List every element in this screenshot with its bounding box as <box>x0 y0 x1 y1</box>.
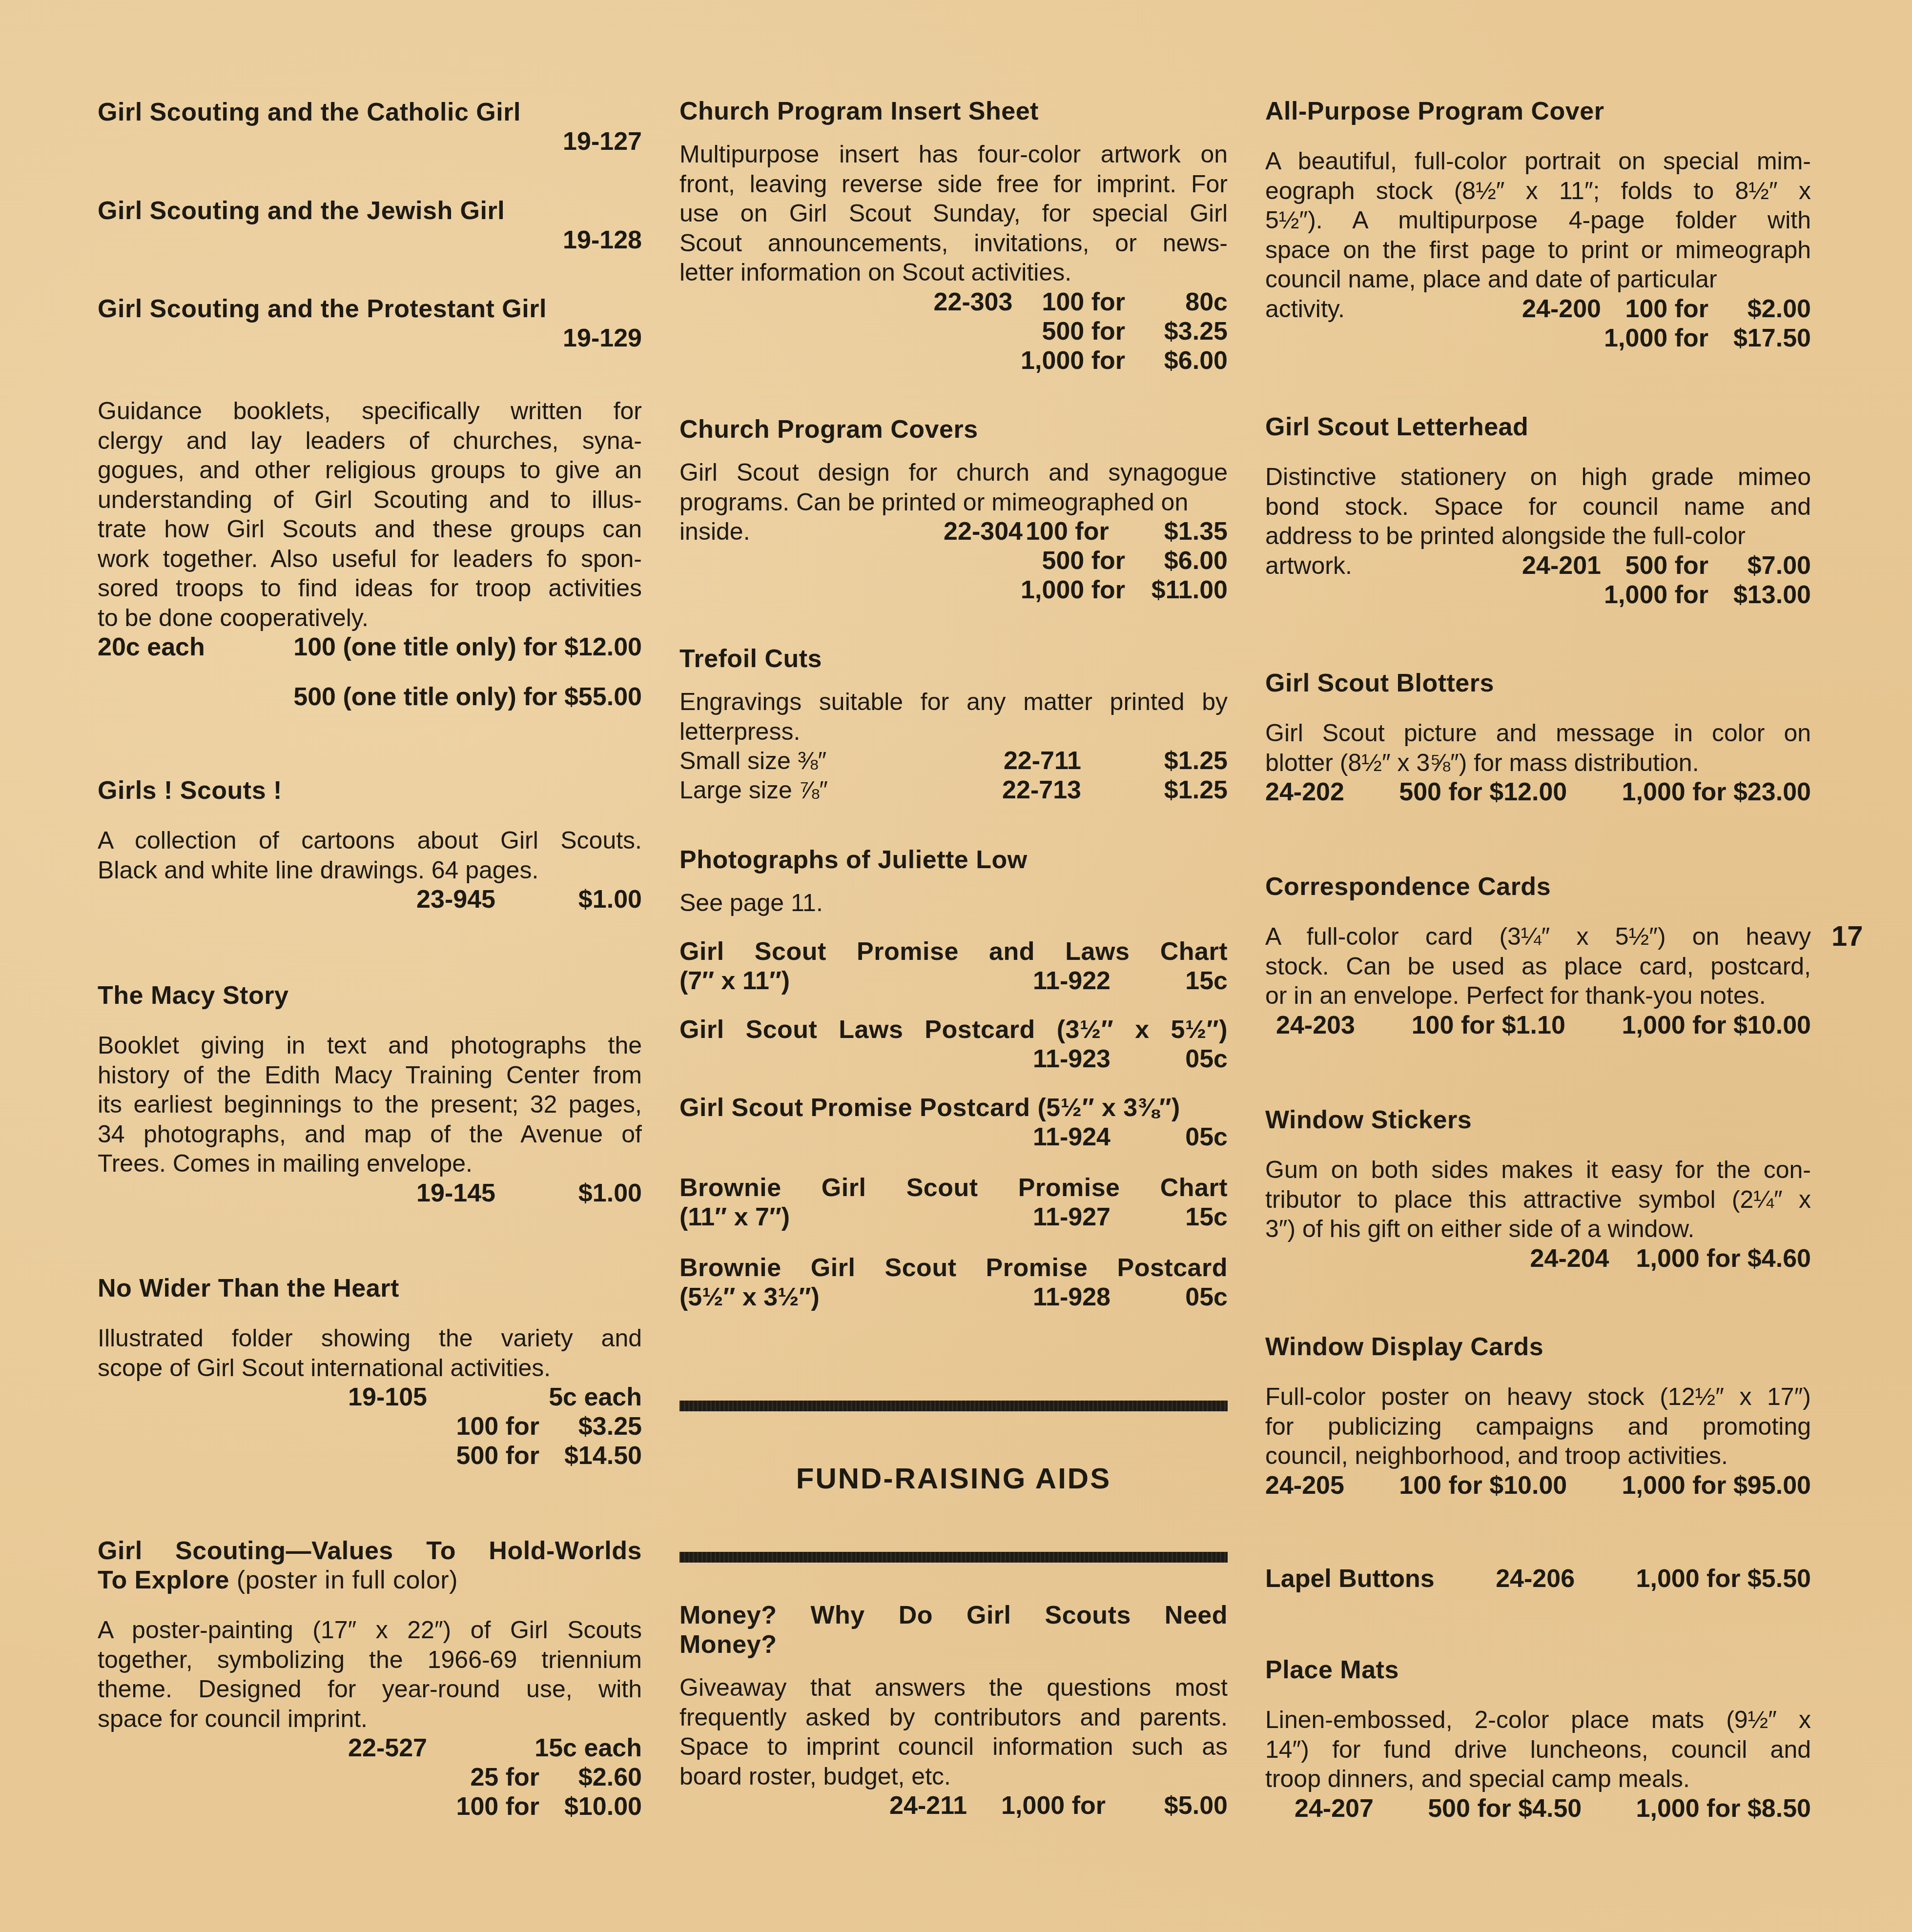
price-tier: 1,000 for$11.00 <box>679 575 1228 605</box>
divider-top <box>679 1401 1228 1411</box>
item-description: Illustrated folder showing the variety a… <box>98 1323 642 1383</box>
item-description: A full-color card (3¼″ x 5½″) on heavyst… <box>1265 922 1811 1011</box>
chart-item: Brownie Girl Scout Promise Chart(11″ x 7… <box>679 1173 1228 1232</box>
text-line: its earliest beginnings to the present; … <box>98 1090 642 1119</box>
text-line: gogues, and other religious groups to gi… <box>98 455 642 485</box>
tier-price: $14.50 <box>539 1441 642 1470</box>
item-price-row: (5½″ x 3½″)11-92805c <box>679 1282 1228 1312</box>
item-price-row: 24-211 1,000 for $5.00 <box>679 1791 1228 1820</box>
text-line: tributor to place this attractive symbol… <box>1265 1185 1811 1215</box>
item-price: $5.00 <box>1106 1791 1228 1820</box>
price-tiers: 100 for$3.25500 for$14.50 <box>98 1412 642 1470</box>
text-line: troop dinners, and special camp meals. <box>1265 1764 1811 1794</box>
tier-price: $6.00 <box>1125 546 1228 575</box>
item-description: A collection of cartoons about Girl Scou… <box>98 826 642 885</box>
item-price-row: 24-207 500 for $4.50 1,000 for $8.50 <box>1265 1794 1811 1823</box>
chart-item: Girl Scout Promise and Laws Chart(7″ x 1… <box>679 937 1228 996</box>
guidance-price-row: 20c each 100 (one title only) for $12.00 <box>98 632 642 662</box>
charts-list: Girl Scout Promise and Laws Chart(7″ x 1… <box>679 937 1228 1312</box>
item-price: 15c <box>1110 966 1228 996</box>
item-trefoil-cuts: Trefoil Cuts Engravings suitable for any… <box>679 644 1228 805</box>
tier-qty: 500 for <box>1042 317 1125 346</box>
guidance-description: Guidance booklets, specifically written … <box>98 396 642 632</box>
item-code: 24-205 <box>1265 1471 1344 1500</box>
text-line: Scout announcements, invitations, or new… <box>679 228 1228 258</box>
text-line: space on the first page to print or mime… <box>1265 235 1811 265</box>
price-tier: 500 for$6.00 <box>679 546 1228 575</box>
item-code: 22-711 <box>1004 746 1081 775</box>
item-title: The Macy Story <box>98 981 642 1010</box>
tier-price: $6.00 <box>1125 346 1228 375</box>
catalog-page: Girl Scouting and the Catholic Girl 19-1… <box>0 0 1912 1932</box>
item-price: 500 for$7.00 <box>1601 551 1811 580</box>
item-place-mats: Place Mats Linen-embossed, 2-color place… <box>1265 1655 1811 1823</box>
item-price: $1.25 <box>1081 775 1228 805</box>
item-code-row: 19-129 <box>98 324 642 353</box>
item-description: Booklet giving in text and photographs t… <box>98 1031 642 1179</box>
price-tiers: 1,000 for$13.00 <box>1265 580 1811 610</box>
text-line: together, symbolizing the 1966-69 trienn… <box>98 1645 642 1675</box>
item-code: 11-927 <box>1033 1202 1110 1232</box>
text-line: Girl Scout picture and message in color … <box>1265 718 1811 748</box>
tier-qty: 25 for <box>470 1763 539 1792</box>
item-description: Giveaway that answers the questions most… <box>679 1673 1228 1791</box>
text-line: Multipurpose insert has four-color artwo… <box>679 140 1228 169</box>
item-title: Church Program Covers <box>679 415 1228 444</box>
item-window-display-cards: Window Display Cards Full-color poster o… <box>1265 1332 1811 1500</box>
text-line: A poster-painting (17″ x 22″) of Girl Sc… <box>98 1615 642 1645</box>
item-price-row: 19-105 5c each <box>98 1383 642 1412</box>
text-line: trate how Girl Scouts and these groups c… <box>98 514 642 544</box>
text-line: A collection of cartoons about Girl Scou… <box>98 826 642 855</box>
item-size: (7″ x 11″) <box>679 966 790 996</box>
item-description: Distinctive stationery on high grade mim… <box>1265 462 1811 551</box>
item-title: Lapel Buttons <box>1265 1564 1435 1593</box>
text-line: bond stock. Space for council name and <box>1265 492 1811 522</box>
item-code: 11-923 <box>1033 1044 1110 1074</box>
item-price-row: (11″ x 7″)11-92715c <box>679 1202 1228 1232</box>
item-price: 05c <box>1110 1044 1228 1074</box>
item-description: A poster-painting (17″ x 22″) of Girl Sc… <box>98 1615 642 1733</box>
item-price-row: 11-92405c <box>679 1122 1228 1152</box>
item-correspondence-cards: Correspondence Cards A full-color card (… <box>1265 872 1811 1040</box>
text-line: understanding of Girl Scouting and to il… <box>98 485 642 515</box>
item-title: Church Program Insert Sheet <box>679 97 1228 126</box>
price-tiers: 25 for$2.60100 for$10.00 <box>98 1763 642 1821</box>
item-price-row: (7″ x 11″)11-92215c <box>679 966 1228 996</box>
text-line: 34 photographs, and map of the Avenue of <box>98 1119 642 1149</box>
item-protestant: Girl Scouting and the Protestant Girl 19… <box>98 294 642 353</box>
chart-item: Girl Scout Promise Postcard (5½″ x 3⅜″)1… <box>679 1093 1228 1152</box>
text-line: clergy and lay leaders of churches, syna… <box>98 426 642 456</box>
tier-qty: 100 for <box>1042 287 1125 317</box>
text-line: theme. Designed for year-round use, with <box>98 1674 642 1704</box>
item-label: Small size ⅜″ <box>679 746 826 775</box>
item-catholic: Girl Scouting and the Catholic Girl 19-1… <box>98 98 642 156</box>
item-code: 19-129 <box>563 324 642 353</box>
guidance-booklets: Guidance booklets, specifically written … <box>98 396 642 712</box>
text-line: Booklet giving in text and photographs t… <box>98 1031 642 1060</box>
item-macy-story: The Macy Story Booklet giving in text an… <box>98 981 642 1208</box>
item-last-word: activity. <box>1265 294 1345 324</box>
tier-price: $3.25 <box>1125 317 1228 346</box>
item-description: Gum on both sides makes it easy for the … <box>1265 1155 1811 1244</box>
item-row: Lapel Buttons 24-206 1,000 for $5.50 <box>1265 1564 1811 1593</box>
text-line: space for council imprint. <box>98 1704 642 1734</box>
item-price-a: 500 for $12.00 <box>1399 777 1567 807</box>
item-price-b: 1,000 for $10.00 <box>1622 1011 1811 1040</box>
item-all-purpose-cover: All-Purpose Program Cover A beautiful, f… <box>1265 97 1811 353</box>
item-title: Correspondence Cards <box>1265 872 1811 901</box>
tier-qty: 1,000 for <box>1604 324 1708 353</box>
item-description: Linen-embossed, 2-color place mats (9½″ … <box>1265 1705 1811 1794</box>
item-title: Girl Scouting and the Jewish Girl <box>98 196 642 225</box>
item-code: 11-922 <box>1033 966 1110 996</box>
item-price-a: 100 for $10.00 <box>1399 1471 1567 1500</box>
item-description: Full-color poster on heavy stock (12½″ x… <box>1265 1382 1811 1471</box>
text-line: frequently asked by contributors and par… <box>679 1703 1228 1732</box>
item-title: Girl Scout Blotters <box>1265 669 1811 698</box>
item-size: (5½″ x 3½″) <box>679 1282 820 1312</box>
tier-price: $3.25 <box>539 1412 642 1441</box>
trefoil-item: Small size ⅜″22-711$1.25 <box>679 746 1228 775</box>
item-title: Girl Scout Promise Postcard (5½″ x 3⅜″) <box>679 1093 1228 1122</box>
text-line: Gum on both sides makes it easy for the … <box>1265 1155 1811 1185</box>
item-price-b: 1,000 for $8.50 <box>1636 1794 1811 1823</box>
price-100: 100 (one title only) for $12.00 <box>293 632 642 662</box>
item-price-row: artwork. 24-201 500 for$7.00 <box>1265 551 1811 580</box>
text-line: 3″) of his gift on either side of a wind… <box>1265 1214 1811 1244</box>
text-line: stock. Can be used as place card, postca… <box>1265 952 1811 981</box>
price-tier: 1,000 for$13.00 <box>1265 580 1811 610</box>
tier-qty: 500 for <box>1042 546 1125 575</box>
text-line: council name, place and date of particul… <box>1265 264 1811 294</box>
tier-price: 80c <box>1125 287 1228 317</box>
text-line: Girl Scout design for church and synagog… <box>679 458 1228 488</box>
divider-bottom <box>679 1552 1228 1563</box>
price-tier: 1,000 for$17.50 <box>1265 324 1811 353</box>
item-letterhead: Girl Scout Letterhead Distinctive statio… <box>1265 412 1811 610</box>
item-insert-sheet: Church Program Insert Sheet Multipurpose… <box>679 97 1228 375</box>
item-note: See page 11. <box>679 888 1228 918</box>
item-code: 11-928 <box>1033 1282 1110 1312</box>
item-code: 24-206 <box>1496 1564 1575 1593</box>
text-line: council, neighborhood, and troop activit… <box>1265 1441 1811 1471</box>
item-code: 24-211 <box>889 1791 967 1820</box>
item-description: Girl Scout design for church and synagog… <box>679 458 1228 517</box>
item-price-row: 24-205 100 for $10.00 1,000 for $95.00 <box>1265 1471 1811 1500</box>
item-price: 100 for$2.00 <box>1601 294 1811 324</box>
item-price-row: inside. 22-304 100 for $1.35 <box>679 517 1228 546</box>
item-price-b: 1,000 for $23.00 <box>1622 777 1811 807</box>
item-price: $1.25 <box>1081 746 1228 775</box>
item-title: Window Stickers <box>1265 1105 1811 1135</box>
item-price-row: 19-145 $1.00 <box>98 1179 642 1208</box>
price-each: 20c each <box>98 632 205 662</box>
item-price: $1.00 <box>495 885 642 914</box>
text-line: work together. Also useful for leaders f… <box>98 544 642 574</box>
price-500: 500 (one title only) for $55.00 <box>293 682 642 712</box>
item-description: Multipurpose insert has four-color artwo… <box>679 140 1228 287</box>
item-last-word: artwork. <box>1265 551 1352 580</box>
item-price: 05c <box>1110 1282 1228 1312</box>
price-tier: 500 for$3.25 <box>679 317 1228 346</box>
text-line: history of the Edith Macy Training Cente… <box>98 1060 642 1090</box>
price-tier: 22-303100 for80c <box>679 287 1228 317</box>
tier-qty: 1,000 for <box>1021 346 1125 375</box>
text-line: Illustrated folder showing the variety a… <box>98 1323 642 1353</box>
item-price-a: 500 for $4.50 <box>1428 1794 1582 1823</box>
tier-qty: 500 for <box>456 1441 539 1470</box>
text-line: Engravings suitable for any matter print… <box>679 687 1228 717</box>
tier-price: $10.00 <box>539 1792 642 1821</box>
item-title-2: To Explore (poster in full color) <box>98 1566 642 1595</box>
item-title: Brownie Girl Scout Promise Chart <box>679 1173 1228 1202</box>
price-tier: 1,000 for$6.00 <box>679 346 1228 375</box>
item-price-row: 24-202 500 for $12.00 1,000 for $23.00 <box>1265 777 1811 807</box>
item-photographs: Photographs of Juliette Low See page 11. <box>679 845 1228 918</box>
item-title: Girls ! Scouts ! <box>98 776 642 805</box>
item-title: Trefoil Cuts <box>679 644 1228 673</box>
item-description: Girl Scout picture and message in color … <box>1265 718 1811 777</box>
item-price-row: 22-527 15c each <box>98 1733 642 1763</box>
item-title: Place Mats <box>1265 1655 1811 1685</box>
price-tiers: 22-303100 for80c500 for$3.251,000 for$6.… <box>679 287 1228 375</box>
item-price: 100 for $1.35 <box>1023 517 1228 546</box>
text-line: Giveaway that answers the questions most <box>679 1673 1228 1703</box>
item-code: 19-127 <box>563 127 642 156</box>
item-title-note: (poster in full color) <box>237 1566 458 1594</box>
text-line: Distinctive stationery on high grade mim… <box>1265 462 1811 492</box>
text-line: use on Girl Scout Sunday, for special Gi… <box>679 199 1228 228</box>
text-line: Linen-embossed, 2-color place mats (9½″ … <box>1265 1705 1811 1735</box>
item-blotters: Girl Scout Blotters Girl Scout picture a… <box>1265 669 1811 807</box>
item-price-row: 24-204 1,000 for $4.60 <box>1265 1244 1811 1273</box>
text-line: Full-color poster on heavy stock (12½″ x… <box>1265 1382 1811 1412</box>
page-number: 17 <box>1831 920 1863 953</box>
item-code: 22-713 <box>1002 775 1081 805</box>
item-price: 15c <box>1110 1202 1228 1232</box>
item-each: 15c each <box>427 1733 642 1763</box>
price-tier: 100 for$3.25 <box>98 1412 642 1441</box>
item-price-row: activity. 24-200 100 for$2.00 <box>1265 294 1811 324</box>
item-code: 11-924 <box>1033 1122 1110 1152</box>
item-values-poster: Girl Scouting—Values To Hold-Worlds To E… <box>98 1536 642 1821</box>
item-label: Large size ⅞″ <box>679 775 828 805</box>
item-code: 19-105 <box>348 1383 427 1412</box>
tier-qty: 100 for <box>456 1412 539 1441</box>
item-title: All-Purpose Program Cover <box>1265 97 1811 126</box>
item-size: (11″ x 7″) <box>679 1202 790 1232</box>
text-line: or in an envelope. Perfect for thank-you… <box>1265 981 1811 1011</box>
item-code: 24-201 <box>1522 551 1601 580</box>
item-title-2: Money? <box>679 1630 1228 1659</box>
item-code: 24-202 <box>1265 777 1344 807</box>
tier-price: $17.50 <box>1708 324 1811 353</box>
item-title: Girl Scouting—Values To Hold-Worlds <box>98 1536 642 1566</box>
item-qty: 1,000 for <box>1001 1791 1106 1820</box>
item-title: Money? Why Do Girl Scouts Need <box>679 1601 1228 1630</box>
item-price-row: 11-92305c <box>679 1044 1228 1074</box>
item-description: A beautiful, full-color portrait on spec… <box>1265 146 1811 294</box>
item-title: Girl Scouting and the Protestant Girl <box>98 294 642 324</box>
price-tier: 500 for$14.50 <box>98 1441 642 1470</box>
item-no-wider: No Wider Than the Heart Illustrated fold… <box>98 1274 642 1470</box>
text-line: board roster, budget, etc. <box>679 1762 1228 1791</box>
tier-qty: 1,000 for <box>1021 575 1125 605</box>
tier-price: $2.60 <box>539 1763 642 1792</box>
tier-price: $13.00 <box>1708 580 1811 610</box>
text-line: for publicizing campaigns and promoting <box>1265 1412 1811 1442</box>
item-girls-scouts: Girls ! Scouts ! A collection of cartoon… <box>98 776 642 914</box>
item-title-bold: To Explore <box>98 1566 229 1594</box>
text-line: to be done cooperatively. <box>98 603 642 633</box>
item-price-b: 1,000 for $95.00 <box>1622 1471 1811 1500</box>
text-line: A full-color card (3¼″ x 5½″) on heavy <box>1265 922 1811 952</box>
chart-item: Brownie Girl Scout Promise Postcard(5½″ … <box>679 1253 1228 1312</box>
price-tiers: 1,000 for$17.50 <box>1265 324 1811 353</box>
item-price-row: 24-203 100 for $1.10 1,000 for $10.00 <box>1265 1011 1811 1040</box>
item-window-stickers: Window Stickers Gum on both sides makes … <box>1265 1105 1811 1273</box>
item-each: 5c each <box>427 1383 642 1412</box>
item-jewish: Girl Scouting and the Jewish Girl 19-128 <box>98 196 642 255</box>
item-title: No Wider Than the Heart <box>98 1274 642 1303</box>
item-title: Girl Scouting and the Catholic Girl <box>98 98 642 127</box>
tier-qty: 100 for <box>456 1792 539 1821</box>
item-code: 19-128 <box>563 225 642 255</box>
text-line: eograph stock (8½″ x 11″; folds to 8½″ x <box>1265 176 1811 206</box>
guidance-price-row-2: 500 (one title only) for $55.00 <box>98 682 642 712</box>
item-price: 05c <box>1110 1122 1228 1152</box>
text-line: letterpress. <box>679 717 1228 747</box>
item-title: Brownie Girl Scout Promise Postcard <box>679 1253 1228 1282</box>
item-price-a: 100 for $1.10 <box>1412 1011 1565 1040</box>
item-code: 22-304 <box>944 517 1023 546</box>
item-title: Girl Scout Laws Postcard (3½″ x 5½″) <box>679 1015 1228 1044</box>
item-money: Money? Why Do Girl Scouts Need Money? Gi… <box>679 1601 1228 1820</box>
text-line: blotter (8½″ x 3⅝″) for mass distributio… <box>1265 748 1811 778</box>
item-code: 23-945 <box>416 885 495 914</box>
item-code: 24-207 <box>1295 1794 1374 1823</box>
item-code: 24-204 <box>1530 1244 1609 1273</box>
item-code: 22-527 <box>348 1733 427 1763</box>
tier-price: $11.00 <box>1125 575 1228 605</box>
item-price: 1,000 for $5.50 <box>1636 1564 1811 1593</box>
text-line: letter information on Scout activities. <box>679 258 1228 287</box>
text-line: Space to imprint council information suc… <box>679 1732 1228 1762</box>
item-code: 24-203 <box>1276 1011 1355 1040</box>
item-price-row: 23-945 $1.00 <box>98 885 642 914</box>
text-line: sored troops to find ideas for troop act… <box>98 573 642 603</box>
text-line: front, leaving reverse side free for imp… <box>679 169 1228 199</box>
item-code-row: 19-128 <box>98 225 642 255</box>
item-code: 24-200 <box>1522 294 1601 324</box>
item-last-word: inside. <box>679 517 750 546</box>
item-code-row: 19-127 <box>98 127 642 156</box>
tier-qty: 1,000 for <box>1604 580 1708 610</box>
item-code: 19-145 <box>416 1179 495 1208</box>
item-code: 22-303 <box>934 287 1013 317</box>
item-lapel-buttons: Lapel Buttons 24-206 1,000 for $5.50 <box>1265 1564 1811 1593</box>
trefoil-item: Large size ⅞″22-713$1.25 <box>679 775 1228 805</box>
item-description: Engravings suitable for any matter print… <box>679 687 1228 746</box>
text-line: 14″) for fund drive luncheons, council a… <box>1265 1735 1811 1765</box>
text-line: A beautiful, full-color portrait on spec… <box>1265 146 1811 176</box>
item-title: Girl Scout Letterhead <box>1265 412 1811 442</box>
item-price: 1,000 for $4.60 <box>1636 1244 1811 1273</box>
chart-item: Girl Scout Laws Postcard (3½″ x 5½″)11-9… <box>679 1015 1228 1074</box>
text-line: programs. Can be printed or mimeographed… <box>679 488 1228 517</box>
section-title: FUND-RAISING AIDS <box>679 1462 1228 1495</box>
text-line: scope of Girl Scout international activi… <box>98 1353 642 1383</box>
text-line: address to be printed alongside the full… <box>1265 521 1811 551</box>
price-tier: 25 for$2.60 <box>98 1763 642 1792</box>
item-price: $1.00 <box>495 1179 642 1208</box>
price-tier: 100 for$10.00 <box>98 1792 642 1821</box>
item-church-covers: Church Program Covers Girl Scout design … <box>679 415 1228 605</box>
text-line: 5½″). A multipurpose 4-page folder with <box>1265 205 1811 235</box>
text-line: Guidance booklets, specifically written … <box>98 396 642 426</box>
trefoil-items: Small size ⅜″22-711$1.25Large size ⅞″22-… <box>679 746 1228 805</box>
text-line: Black and white line drawings. 64 pages. <box>98 855 642 885</box>
item-title: Photographs of Juliette Low <box>679 845 1228 874</box>
item-title: Window Display Cards <box>1265 1332 1811 1362</box>
text-line: Trees. Comes in mailing envelope. <box>98 1149 642 1179</box>
item-title: Girl Scout Promise and Laws Chart <box>679 937 1228 966</box>
price-tiers: 500 for$6.001,000 for$11.00 <box>679 546 1228 605</box>
